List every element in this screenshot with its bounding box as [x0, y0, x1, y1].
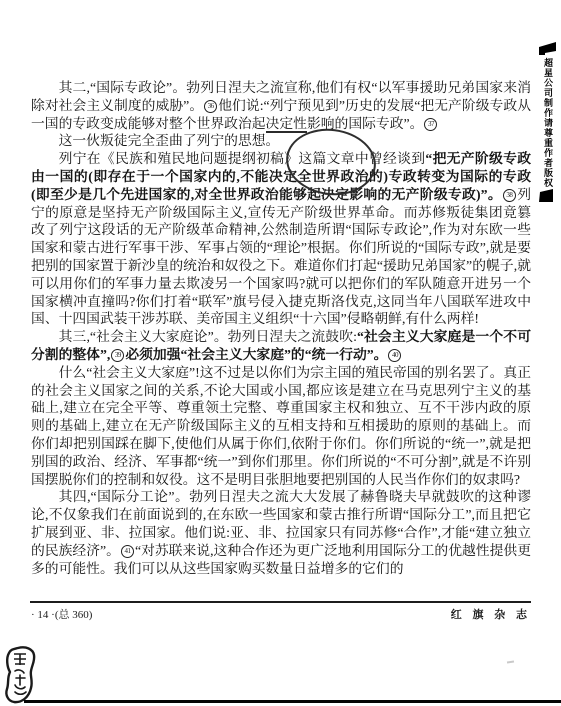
paragraph: 什么“社会主义大家庭”!这不过是以你们为宗主国的殖民帝国的别名罢了。真正的社会主… [31, 364, 531, 489]
scan-edge-line [24, 700, 561, 703]
footer: · 14 ·(总 360) 红 旗 杂 志 [31, 606, 531, 622]
paragraph: 其三,“社会主义大家庭论”。勃列日涅夫之流鼓吹:“社会主义大家庭是一个不可分割的… [31, 328, 531, 364]
footnote-marker: 36 [204, 100, 217, 113]
seal-stamp [3, 645, 41, 705]
footnote-marker: 37 [424, 118, 437, 131]
footnote-marker: 39 [111, 349, 124, 362]
page-number: · 14 ·(总 360) [31, 606, 92, 622]
scan-speck [507, 661, 514, 664]
footnote-marker: 38 [503, 189, 516, 202]
journal-name: 红 旗 杂 志 [451, 606, 531, 622]
watermark-flag-icon [539, 42, 557, 56]
text-run: 列宁在《民族和殖民地问题提纲初稿》这篇文章中曾经谈到 [59, 151, 426, 166]
footnote-marker: 40 [388, 349, 401, 362]
text-run: 其三,“社会主义大家庭论”。勃列日涅夫之流鼓吹: [59, 329, 357, 344]
watermark-block-icon [539, 189, 554, 203]
text-run: 必须加强“社会主义大家庭”的“统一行动”。 [125, 347, 387, 362]
watermark-text: 超星公司制作请尊重作者版权 [539, 58, 554, 194]
text-run: 影响的国际专政”。 [307, 116, 424, 131]
text-run: 什么“社会主义大家庭”!这不过是以你们为宗主国的殖民帝国的别名罢了。真正的社会主… [31, 365, 531, 487]
footer-rule [30, 601, 531, 603]
paragraph: 列宁在《民族和殖民地问题提纲初稿》这篇文章中曾经谈到“把无产阶级专政由一国的(即… [31, 150, 531, 328]
article-body: 其二,“国际专政论”。勃列日涅夫之流宣称,他们有权“以军事援助兄弟国家来消除对社… [31, 79, 531, 577]
text-run: 列宁的原意是坚持无产阶级国际主义,宣传无产阶级世界革命。而苏修叛徒集团竟篡改了列… [31, 187, 531, 327]
paragraph: 其二,“国际专政论”。勃列日涅夫之流宣称,他们有权“以军事援助兄弟国家来消除对社… [31, 79, 531, 132]
scanned-document-page: 其二,“国际专政论”。勃列日涅夫之流宣称,他们有权“以军事援助兄弟国家来消除对社… [0, 0, 561, 706]
text-run: 这一伙叛徒完全歪曲了列宁的思想。 [59, 133, 280, 148]
text-run: 决定性 [266, 116, 307, 133]
paragraph: 这一伙叛徒完全歪曲了列宁的思想。 [31, 132, 531, 150]
paragraph: 其四,“国际分工论”。勃列日涅夫之流大大发展了赫鲁晓夫早就鼓吹的这种谬论,不仅象… [31, 488, 531, 577]
footnote-marker: 41 [121, 545, 134, 558]
